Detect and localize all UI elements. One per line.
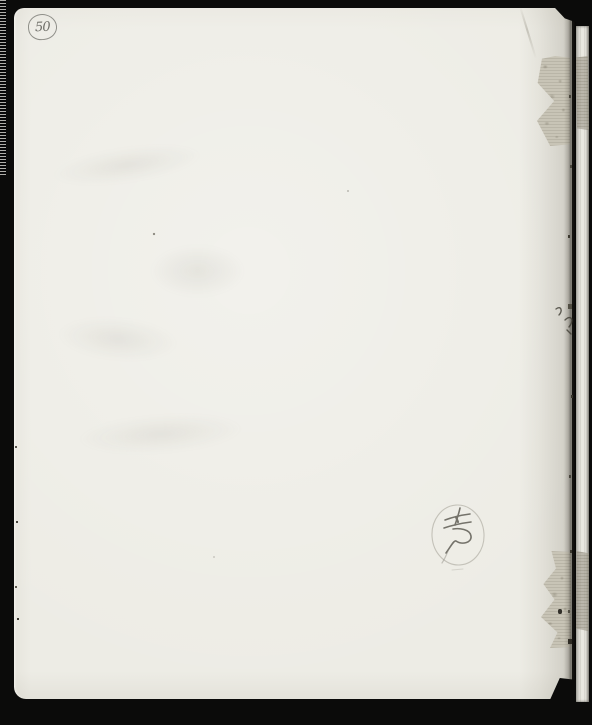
book-fore-edge-ticks: [0, 0, 6, 176]
tape-dark-speck: [558, 609, 562, 614]
dust-speck: [347, 190, 349, 192]
gutter-squiggle-mark: [552, 300, 578, 338]
page-edge-specks: [15, 446, 17, 448]
tape-residue-strip-bottom-icon: [576, 551, 589, 631]
tape-residue-strip-top-icon: [576, 56, 589, 130]
gutter-specks: [569, 95, 571, 98]
folio-number: 50: [35, 19, 50, 34]
scan-background: 50: [0, 0, 592, 725]
dust-speck: [213, 556, 215, 558]
dust-speck: [153, 233, 155, 235]
pencil-monogram-icon: [425, 498, 493, 574]
gutter-shadow: [564, 16, 576, 692]
pencil-smudge: [150, 245, 245, 297]
